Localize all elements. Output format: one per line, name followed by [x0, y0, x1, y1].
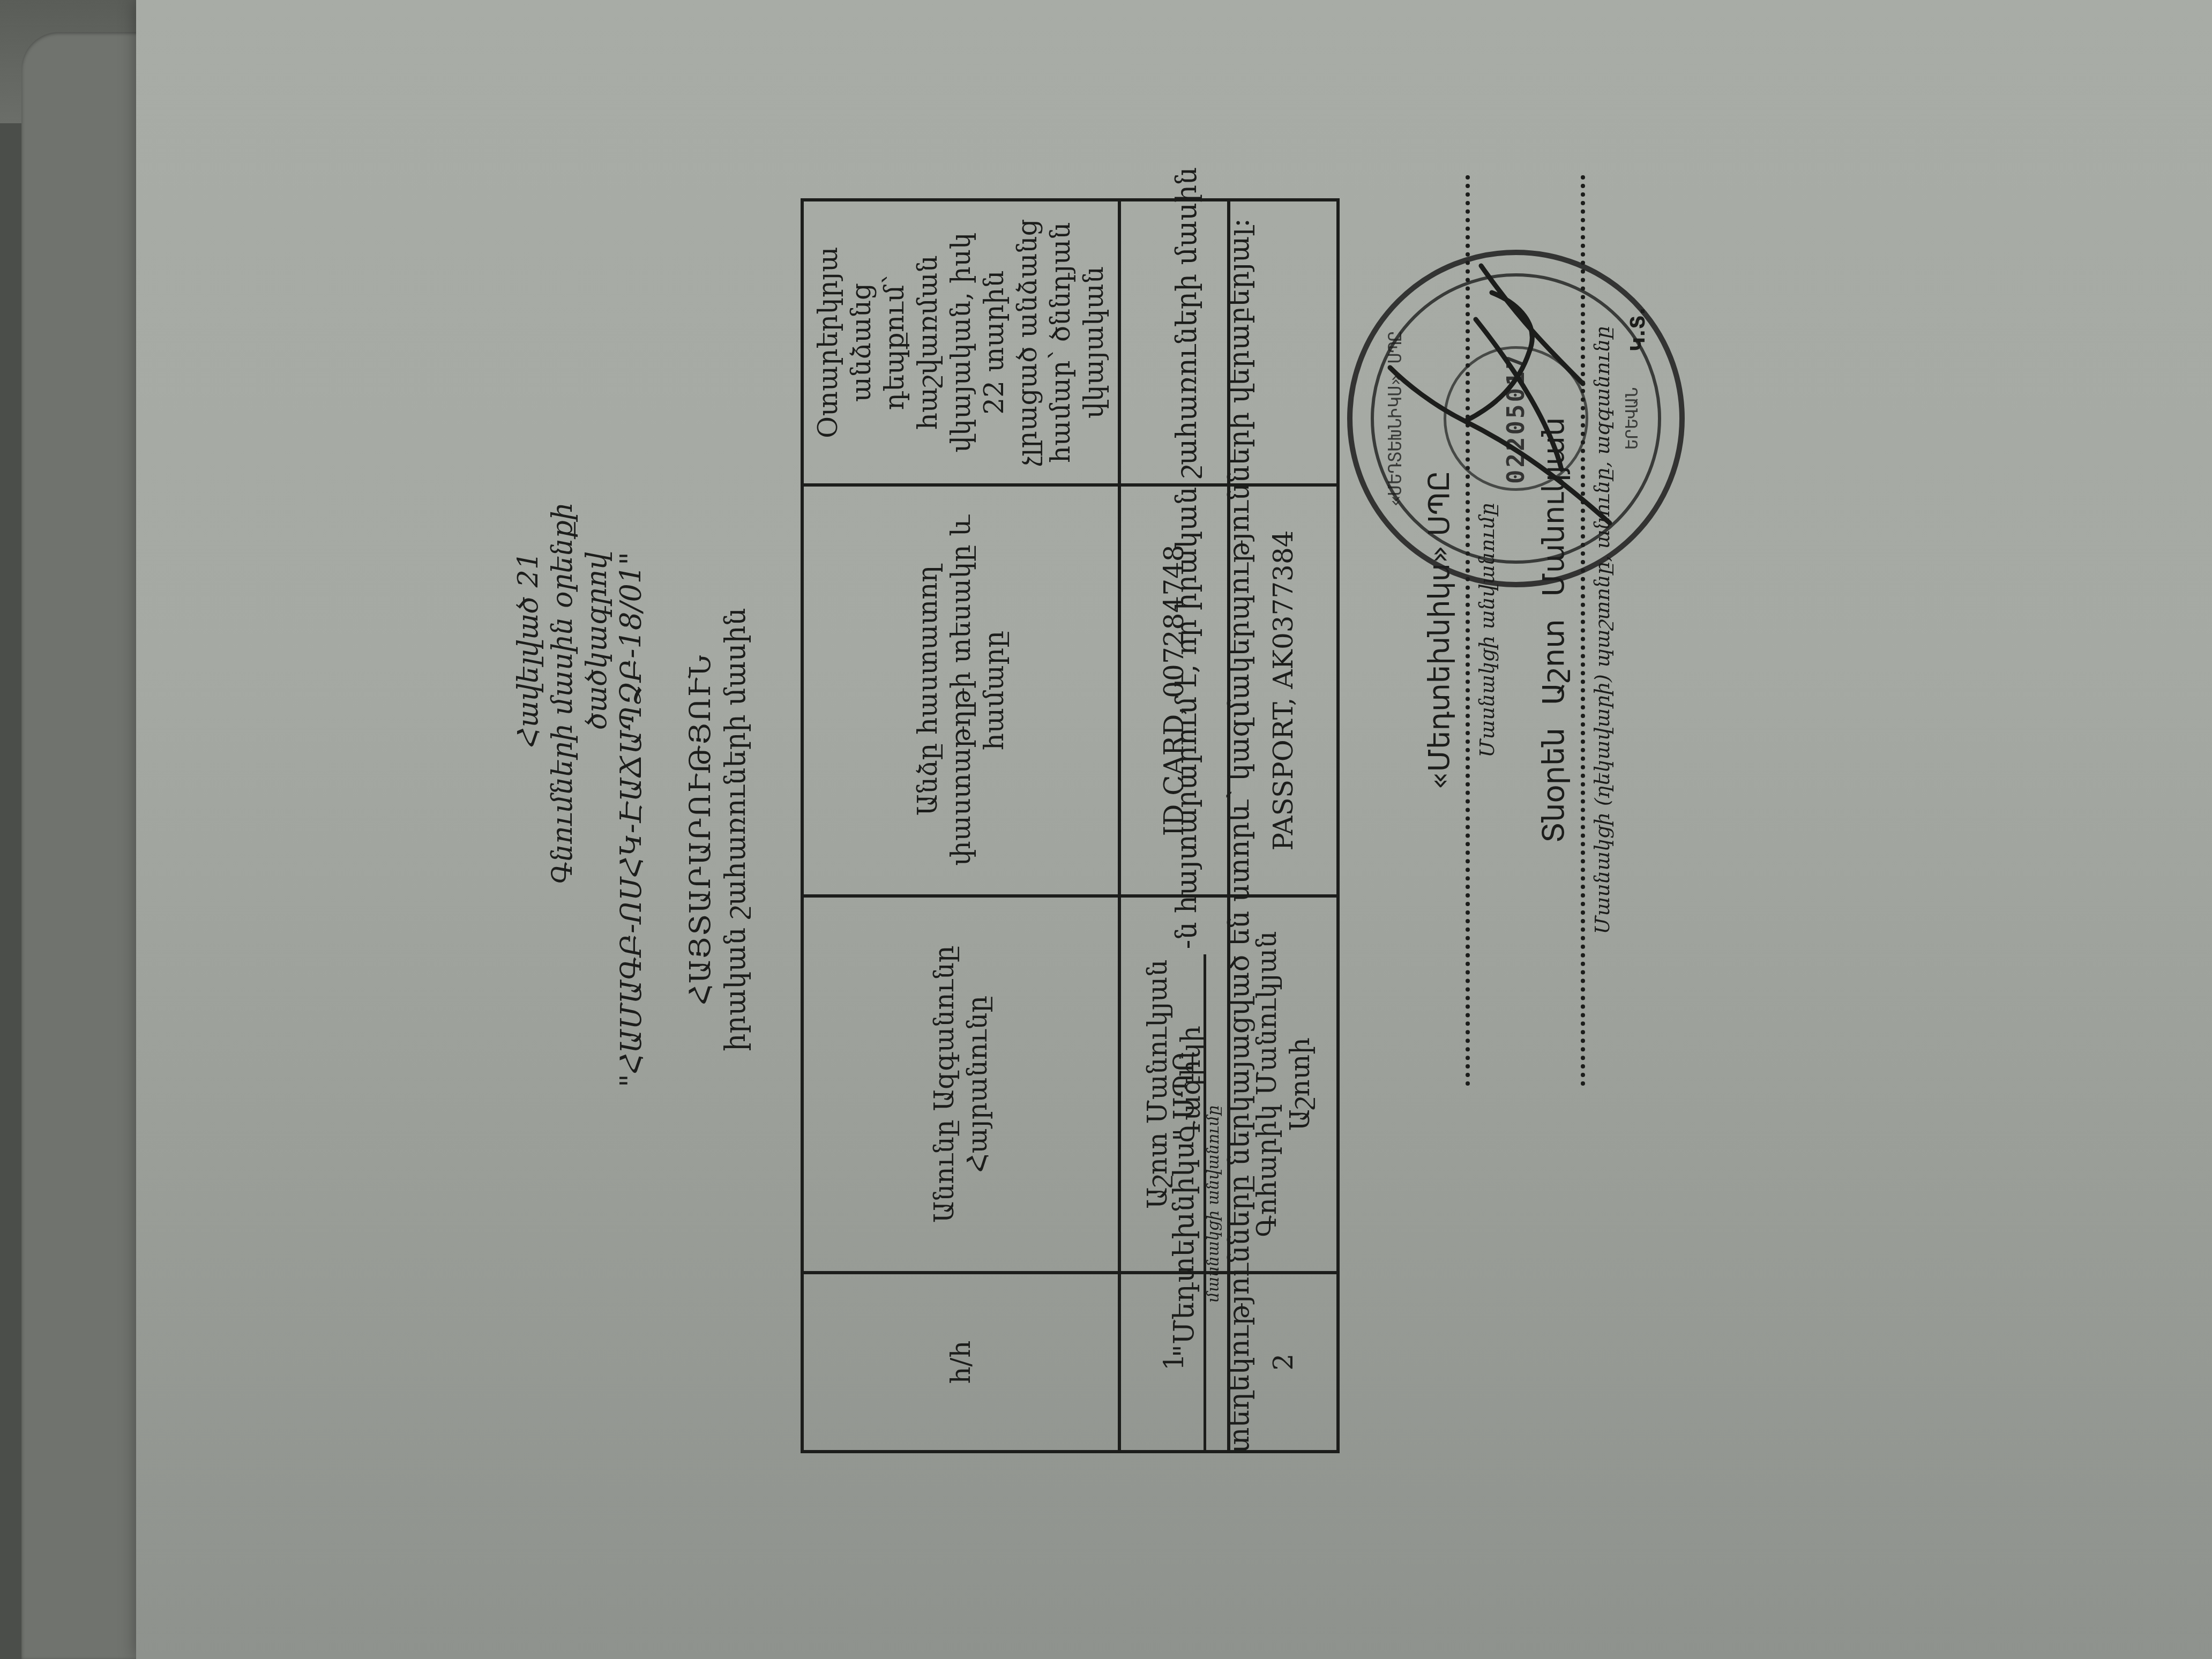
photo-frame: Հավելված 21 Գնումների մասին օրենքի ծածկա…: [0, 0, 2212, 1659]
table-header-row: հ/հ Անունը Ազգանունը Հայրանունը Անձը հաս…: [802, 200, 1119, 1452]
statement-line-1: "Մեդտեխնիկս" ՍՊԸ մասնակցի անվանումը -ն հ…: [1165, 167, 1206, 1453]
appendix-number: Հավելված 21: [511, 552, 545, 884]
header-full-name: Անունը Ազգանունը Հայրանունը: [802, 896, 1119, 1273]
statement-line-1-text: -ն հայտարարում է, որ իրական շահառուների …: [1168, 167, 1206, 949]
document-page: Հավելված 21 Գնումների մասին օրենքի ծածկա…: [136, 0, 2212, 1659]
appendix-header: Հավելված 21 Գնումների մասին օրենքի ծածկա…: [511, 552, 614, 884]
title-subtitle: իրական շահառուների մասին: [718, 0, 753, 1659]
statement: "Մեդտեխնիկս" ՍՊԸ մասնակցի անվանումը -ն հ…: [1165, 167, 1259, 1453]
statement-line-2: տեղեկությունները ներկայացված են ստորև՝ կ…: [1220, 167, 1259, 1453]
participant-name-caption: մասնակցի անվանումը: [1205, 954, 1223, 1453]
header-foreign-certificate: Օտարերկրյա անձանց դեպքում՝ հաշվառման վկա…: [802, 200, 1119, 485]
document-title: ՀԱՅՏԱՐԱՐՈՒԹՅՈՒՆ իրական շահառուների մասին: [683, 0, 753, 1659]
appendix-code-label: ծածկագրով: [580, 552, 614, 884]
header-id-document: Անձը հաստատող փաստաթղթի տեսակը և համարը: [802, 485, 1119, 895]
signature-stroke: [1390, 266, 1610, 523]
participant-name-field: "Մեդտեխնիկս" ՍՊԸ մասնակցի անվանումը: [1165, 954, 1206, 1453]
title-main: ՀԱՅՏԱՐԱՐՈՒԹՅՈՒՆ: [683, 0, 718, 1659]
beneficial-owners-table: հ/հ Անունը Ազգանունը Հայրանունը Անձը հաս…: [801, 198, 1340, 1453]
handwritten-signature: [1358, 244, 1636, 544]
signatory-position: Տնօրեն: [1536, 728, 1571, 843]
participant-name: "Մեդտեխնիկս" ՍՊԸ: [1168, 1050, 1200, 1357]
header-number: հ/հ: [802, 1273, 1119, 1452]
appendix-law-ref: Գնումների մասին օրենքի: [545, 552, 580, 884]
procurement-code: "ՀԱՄԱԳԲ-ՈՍՀԿ-ԷԱՃԱՊՁԲ-18/01": [614, 552, 648, 1087]
